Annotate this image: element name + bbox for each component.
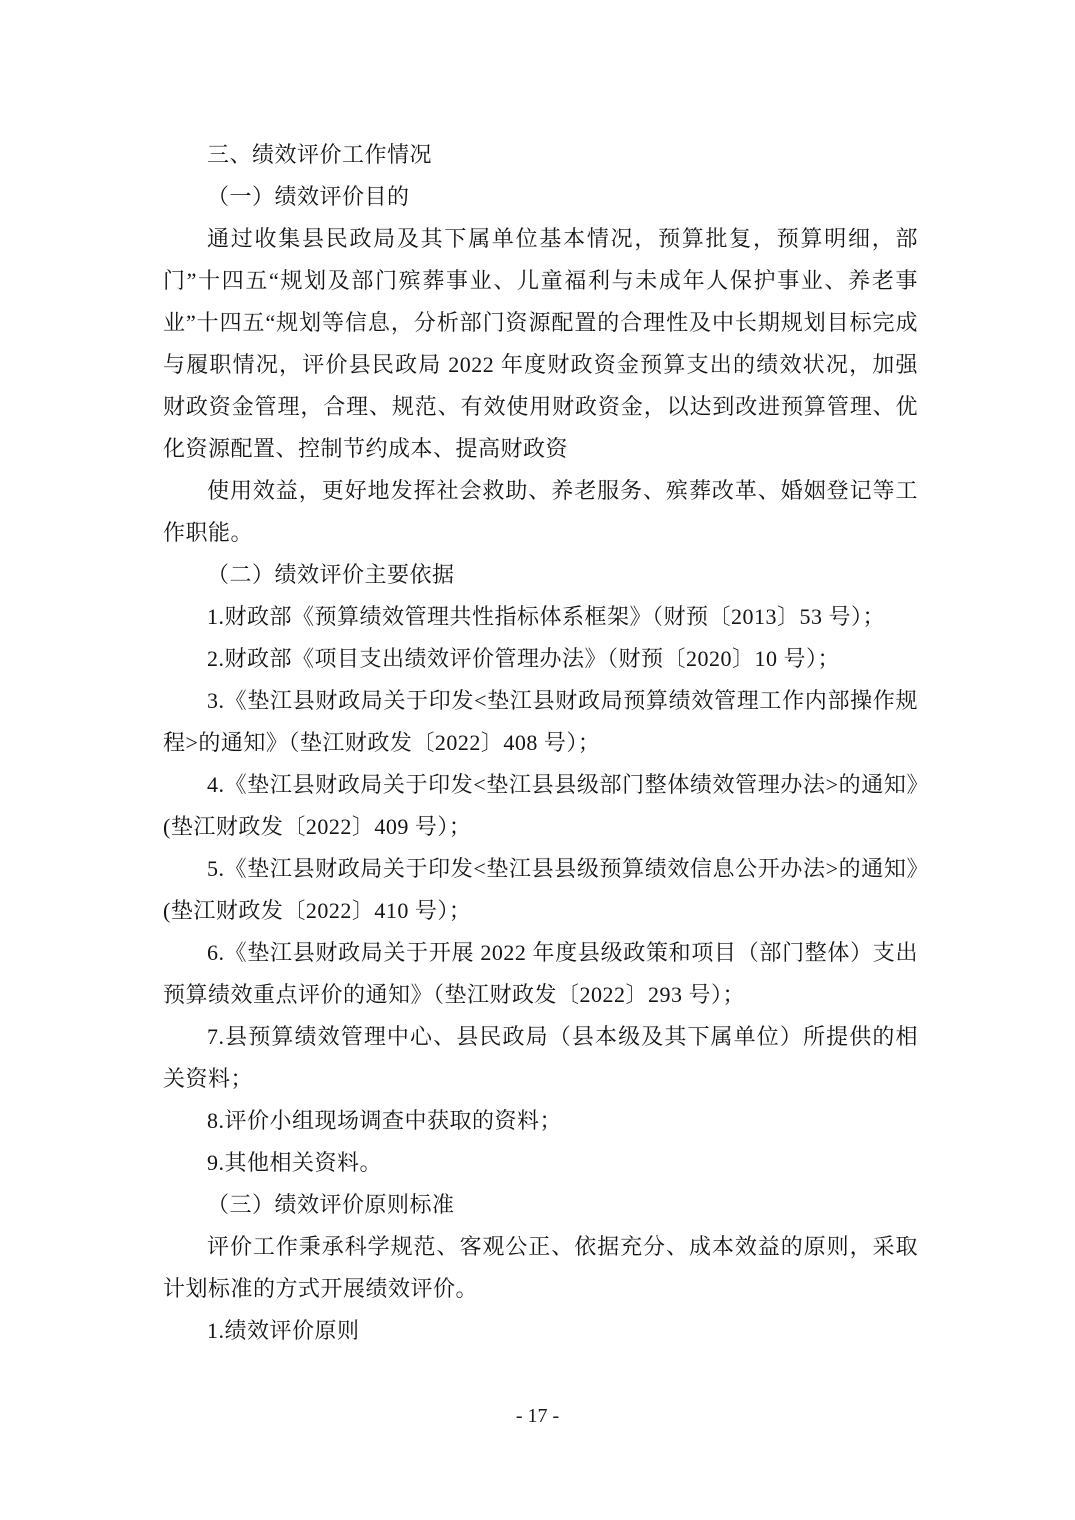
body-paragraph: 使用效益，更好地发挥社会救助、养老服务、殡葬改革、婚姻登记等工作职能。: [163, 470, 918, 554]
section-heading: 三、绩效评价工作情况: [163, 134, 918, 176]
list-item-1: 1.财政部《预算绩效管理共性指标体系框架》（财预〔2013〕53 号）；: [163, 596, 918, 638]
body-paragraph: 通过收集县民政局及其下属单位基本情况，预算批复，预算明细，部门”十四五“规划及部…: [163, 218, 918, 470]
list-item-9: 9.其他相关资料。: [163, 1142, 918, 1184]
page-number: - 17 -: [516, 1405, 559, 1427]
list-item-8: 8.评价小组现场调查中获取的资料；: [163, 1100, 918, 1142]
subsection-heading-3: （三）绩效评价原则标准: [163, 1184, 918, 1226]
subsection-heading-1: （一）绩效评价目的: [163, 176, 918, 218]
document-body: 三、绩效评价工作情况 （一）绩效评价目的 通过收集县民政局及其下属单位基本情况，…: [163, 134, 918, 1352]
body-paragraph: 评价工作秉承科学规范、客观公正、依据充分、成本效益的原则，采取计划标准的方式开展…: [163, 1226, 918, 1310]
list-item-5: 5.《垫江县财政局关于印发<垫江县县级预算绩效信息公开办法>的通知》(垫江财政发…: [163, 848, 918, 932]
document-page: 三、绩效评价工作情况 （一）绩效评价目的 通过收集县民政局及其下属单位基本情况，…: [0, 0, 1075, 1520]
page-footer: - 17 -: [0, 1402, 1075, 1430]
subsection-heading-2: （二）绩效评价主要依据: [163, 554, 918, 596]
list-item-4: 4.《垫江县财政局关于印发<垫江县县级部门整体绩效管理办法>的通知》(垫江财政发…: [163, 764, 918, 848]
list-item-2: 2.财政部《项目支出绩效评价管理办法》（财预〔2020〕10 号）；: [163, 638, 918, 680]
list-item-6: 6.《垫江县财政局关于开展 2022 年度县级政策和项目（部门整体）支出预算绩效…: [163, 932, 918, 1016]
sub-item-heading: 1.绩效评价原则: [163, 1310, 918, 1352]
list-item-3: 3.《垫江县财政局关于印发<垫江县财政局预算绩效管理工作内部操作规程>的通知》（…: [163, 680, 918, 764]
list-item-7: 7.县预算绩效管理中心、县民政局（县本级及其下属单位）所提供的相关资料；: [163, 1016, 918, 1100]
